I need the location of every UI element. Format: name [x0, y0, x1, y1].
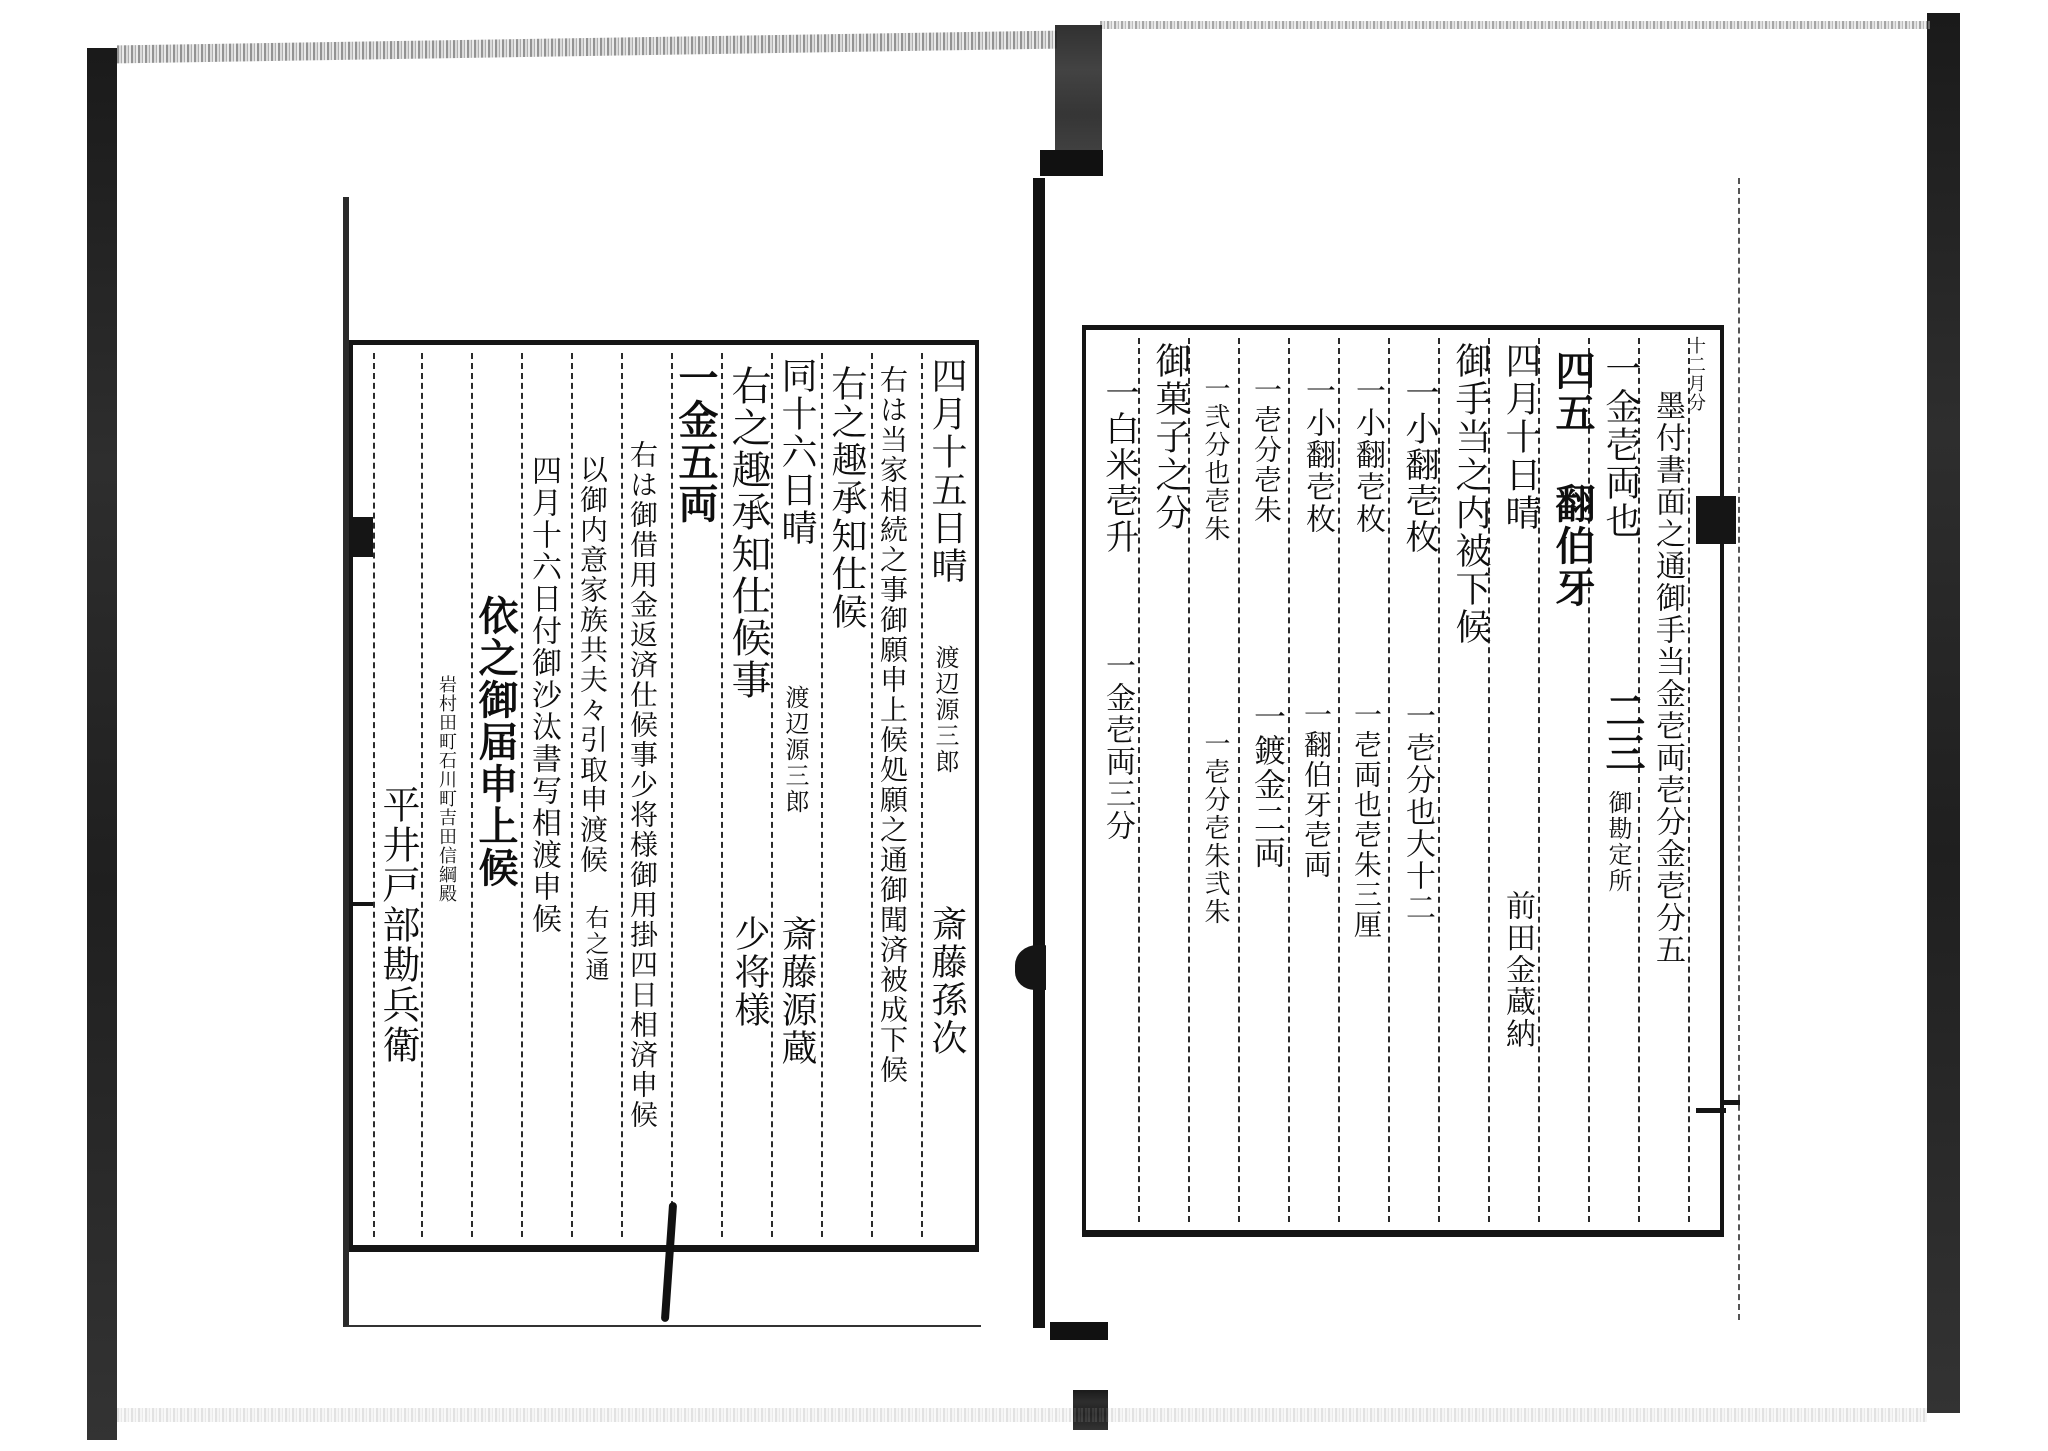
- entry-note: 渡辺源三郎: [933, 645, 957, 775]
- column-rule: [1688, 338, 1690, 1222]
- entry-text: 御菓子之分: [1152, 342, 1188, 532]
- column-rule: [621, 353, 623, 1237]
- column-rule: [721, 353, 723, 1237]
- column-rule: [1238, 338, 1240, 1222]
- entry-number: 二三: [1602, 690, 1642, 774]
- entry-date-header: 四月十五日晴: [928, 357, 964, 585]
- right-page-tab-marker: [1696, 496, 1736, 544]
- item-amount: 一壱分壱朱弐朱: [1202, 730, 1228, 926]
- item-amount: 一鍍金二両: [1252, 700, 1284, 870]
- item-amount: 一金壱両三分: [1102, 650, 1132, 842]
- address-note: 岩村田町石川町吉田信綱殿: [437, 675, 455, 903]
- entry-text: 以御内意家族共夫々引取申渡候: [578, 455, 606, 875]
- scan-top-edge-right: [1100, 21, 1930, 29]
- item-line: 一小翻壱枚: [1352, 375, 1382, 535]
- item-amount: 一壱分也大十二: [1402, 700, 1432, 924]
- entry-note: 御勘定所: [1606, 790, 1630, 894]
- entry-note: 斎藤孫次: [928, 905, 964, 1057]
- entry-note: 右之通: [583, 905, 607, 983]
- column-rule: [571, 353, 573, 1237]
- left-page-ruled-box: 四月十五日晴 渡辺源三郎 斎藤孫次 右は当家相続之事御願申上候処願之通御聞済被成…: [349, 340, 979, 1252]
- column-rule: [1388, 338, 1390, 1222]
- column-rule: [871, 353, 873, 1237]
- item-line: 一小翻壱枚: [1402, 375, 1436, 555]
- left-page: 四月十五日晴 渡辺源三郎 斎藤孫次 右は当家相続之事御願申上候処願之通御聞済被成…: [343, 197, 981, 1327]
- entry-month-note: 十二月分: [1686, 336, 1704, 412]
- right-page: 十二月分 墨付書面之通御手当金壱両壱分金壱分五 一金壱両也 二三 御勘定所 四五…: [1046, 178, 1740, 1320]
- entry-text: 右は当家相続之事御願申上候処願之通御聞済被成下候: [878, 365, 906, 1085]
- item-amount: 一翻伯牙壱両: [1302, 700, 1330, 880]
- entry-note: 斎藤源蔵: [778, 915, 814, 1067]
- column-rule: [771, 353, 773, 1237]
- item-line: 一白米壱升: [1102, 375, 1136, 555]
- entry-note: 渡辺源三郎: [783, 685, 807, 815]
- signature: 平井戸部勘兵衛: [379, 785, 417, 1065]
- entry-header-line: 墨付書面之通御手当金壱両壱分金壱分五: [1652, 390, 1682, 966]
- entry-text: 御手当之内被下候: [1452, 342, 1488, 646]
- right-page-tab-rule: [1696, 1108, 1726, 1113]
- entry-text: 右は御借用金返済仕候事少将様御用掛四日相済申候: [628, 440, 656, 1130]
- item-line: 一弐分也壱朱: [1202, 375, 1228, 543]
- column-rule: [1338, 338, 1340, 1222]
- scan-left-edge-bar: [87, 48, 117, 1440]
- item-line: 一壱分壱朱: [1252, 375, 1280, 525]
- scan-right-edge-bar: [1927, 13, 1960, 1413]
- entry-amount: 一金五両: [675, 357, 715, 525]
- column-rule: [921, 353, 923, 1237]
- scan-top-edge-left: [117, 31, 1057, 64]
- entry-date-header: 同十六日晴: [778, 357, 814, 547]
- entry-note: 前田金蔵納: [1502, 890, 1532, 1050]
- right-page-tab-rule: [1722, 1100, 1740, 1105]
- book-spine: [1033, 178, 1045, 1328]
- center-spine-cap: [1040, 150, 1103, 176]
- entry-text: 依之御届申上候: [475, 595, 515, 889]
- entry-text: 四五 翻伯牙: [1552, 350, 1592, 609]
- column-rule: [821, 353, 823, 1237]
- column-rule: [521, 353, 523, 1237]
- center-spine-bottom-block: [1050, 1322, 1108, 1340]
- entry-date-header: 四月十日晴: [1502, 342, 1538, 532]
- entry-text: 右之趣承知仕候事: [728, 365, 768, 701]
- entry-text: 右之趣承知仕候: [828, 365, 864, 631]
- entry-text: 四月十六日付御沙汰書写相渡申候: [528, 455, 558, 935]
- column-rule: [1288, 338, 1290, 1222]
- scan-bottom-edge: [117, 1408, 1927, 1422]
- right-page-ruled-box: 十二月分 墨付書面之通御手当金壱両壱分金壱分五 一金壱両也 二三 御勘定所 四五…: [1082, 325, 1724, 1237]
- item-amount: 一壱両也壱朱三厘: [1352, 700, 1380, 940]
- column-rule: [421, 353, 423, 1237]
- column-rule: [373, 353, 375, 1237]
- entry-text: 一金壱両也: [1602, 350, 1638, 540]
- item-line: 一小翻壱枚: [1302, 375, 1332, 535]
- entry-note: 少将様: [731, 915, 767, 1029]
